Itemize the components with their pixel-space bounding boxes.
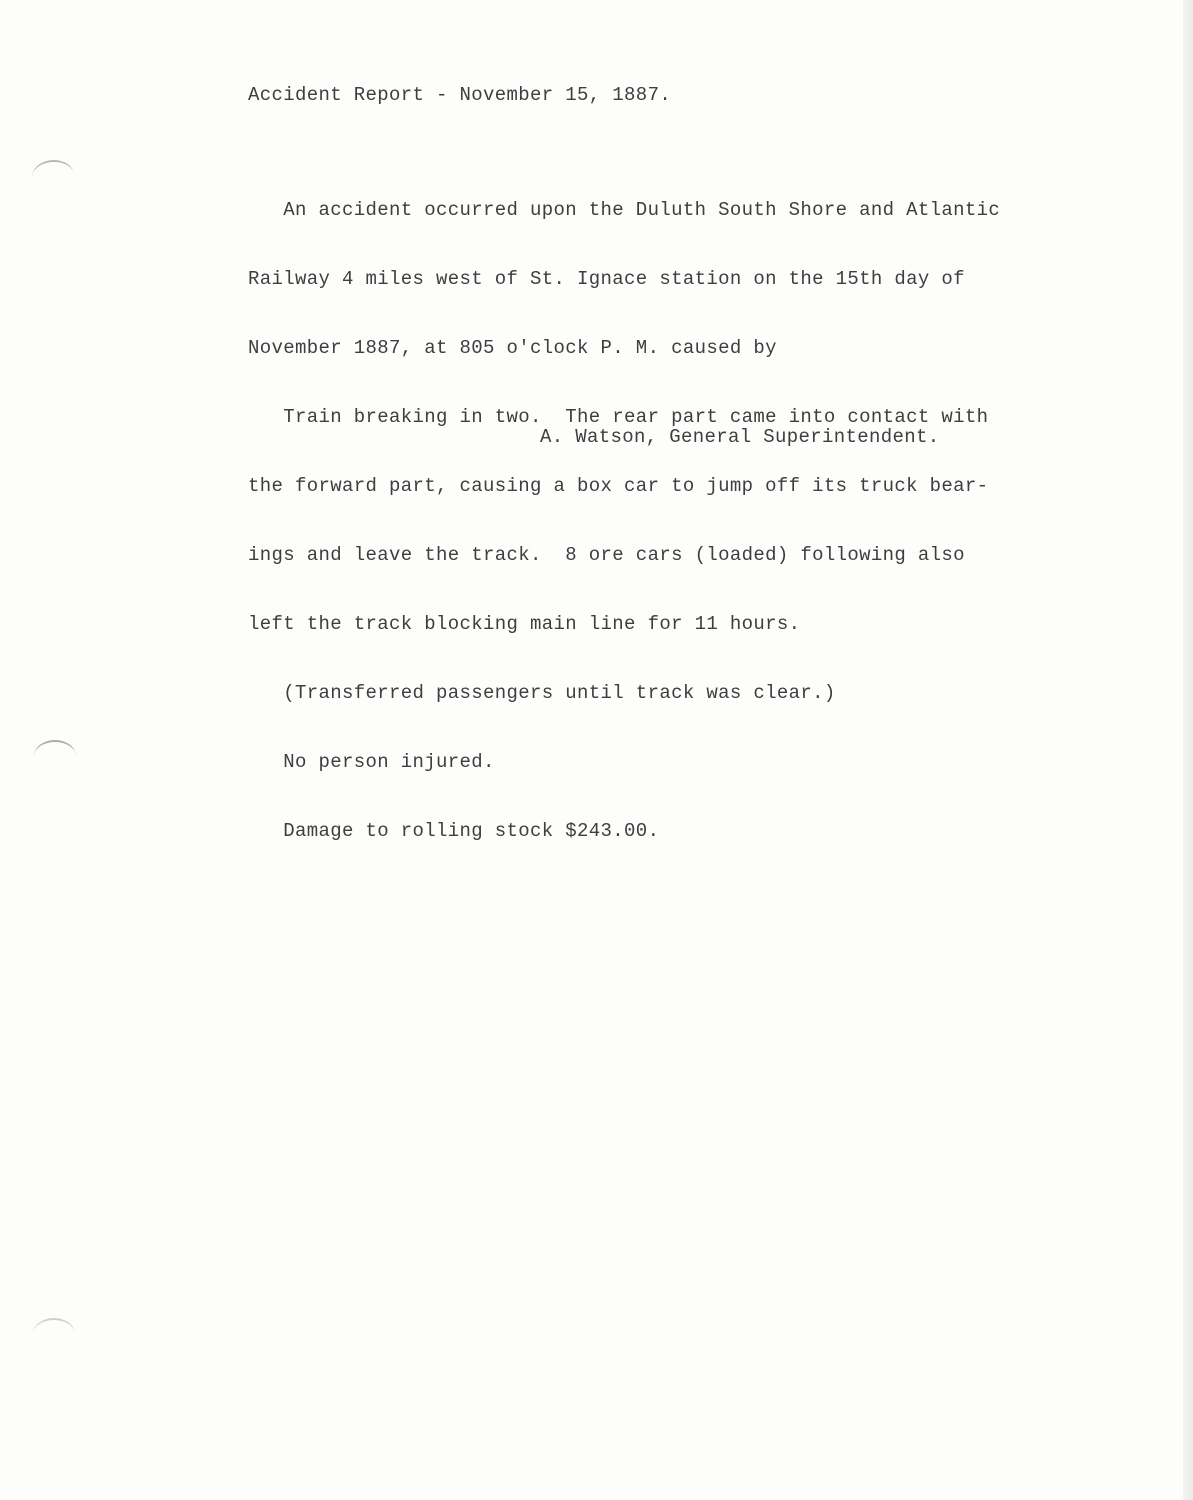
punch-hole-mark-top <box>31 159 75 194</box>
punch-hole-mark-middle <box>34 740 76 772</box>
report-title: Accident Report - November 15, 1887. <box>248 84 671 106</box>
body-line: Damage to rolling stock $243.00. <box>248 820 1000 843</box>
body-line: left the track blocking main line for 11… <box>248 613 1000 636</box>
punch-hole-mark-bottom <box>33 1318 75 1350</box>
body-line: November 1887, at 805 o'clock P. M. caus… <box>248 337 1000 360</box>
body-line: No person injured. <box>248 751 1000 774</box>
page-edge-shadow <box>1183 0 1193 1500</box>
signature: A. Watson, General Superintendent. <box>540 426 940 448</box>
body-line: ings and leave the track. 8 ore cars (lo… <box>248 544 1000 567</box>
body-line: Railway 4 miles west of St. Ignace stati… <box>248 268 1000 291</box>
body-line: the forward part, causing a box car to j… <box>248 475 1000 498</box>
body-line: (Transferred passengers until track was … <box>248 682 1000 705</box>
document-page: Accident Report - November 15, 1887. An … <box>0 0 1193 1500</box>
body-line: An accident occurred upon the Duluth Sou… <box>248 199 1000 222</box>
report-body: An accident occurred upon the Duluth Sou… <box>248 153 1000 889</box>
